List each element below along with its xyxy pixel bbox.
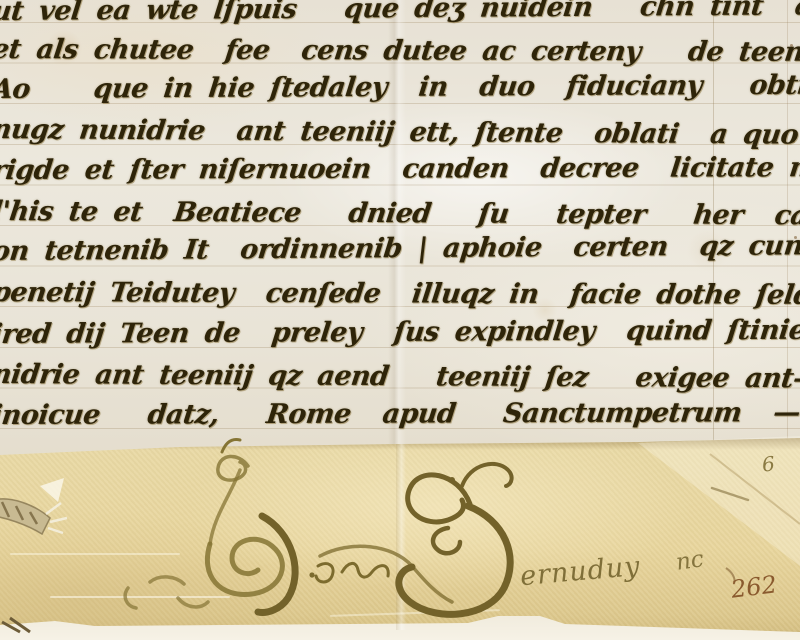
flourish-initial-g — [399, 464, 512, 614]
script-line-7: on tetnenib It ordinnenib | aphoie certe… — [0, 228, 800, 270]
plica-notary-mark: nc — [674, 546, 705, 576]
ink-stroke — [712, 488, 748, 500]
archival-number: 262 — [729, 570, 778, 603]
plica-small-digit: 6 — [761, 451, 776, 476]
script-line-2: et als chutee fee cens dutee ac certeny … — [0, 32, 800, 71]
script-line-11: inoicue datz, Rome apud Sanctumpetrum — — [0, 395, 800, 434]
script-line-4: nugz nunidrie ant teeniij ett, ſtente ob… — [0, 112, 800, 154]
script-line-3: Ao que in hie ſtedaley in duo fiduciany … — [0, 68, 800, 108]
script-line-8: penetij Teidutey cenſede illuqz in facie… — [0, 275, 800, 314]
flourish-initial-left — [125, 440, 295, 613]
script-line-9: ired dij Teen de preley ſus expindley qu… — [0, 313, 800, 353]
script-line-10: nidrie ant teeniij qz aend teeniij ſez e… — [0, 357, 800, 397]
script-line-5: rigde et ſter niſernuoein canden decree … — [0, 150, 800, 189]
flourish-connecting-script — [309, 546, 452, 602]
plica-diagonal-crease — [710, 454, 800, 524]
manuscript-photo: ut vel ea wte lſpuis que deʒ nuidein chn… — [0, 0, 800, 640]
plica-flourish-layer — [0, 436, 800, 640]
seal-cord — [0, 478, 67, 632]
